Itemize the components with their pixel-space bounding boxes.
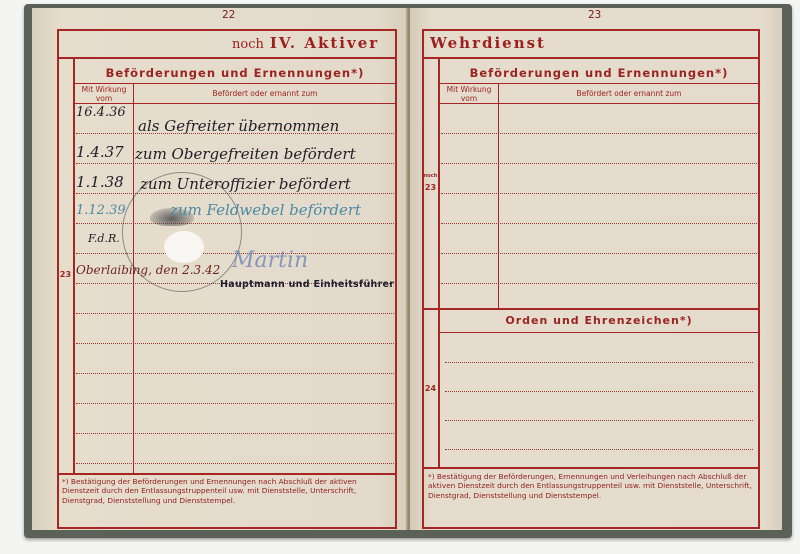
right-side-label: noch [423,173,438,179]
divider [438,103,760,104]
signature: Martin [232,248,308,273]
row-line [76,463,394,464]
entry-text: als Gefreiter übernommen [138,117,339,135]
right-footnote: *) Bestätigung der Beförderungen, Ernenn… [428,472,756,500]
divider [73,83,397,84]
place-date-line: Oberlaibing, den 2.3.42 [76,263,220,277]
orders-section-title: Orden und Ehrenzeichen*) [440,314,758,327]
right-promotion-column-header: Befördert oder ernannt zum [500,89,758,98]
right-page-number: 23 [588,8,601,21]
right-header-divider [422,57,760,59]
left-date-column-header: Mit Wirkungvom [75,85,133,103]
row-line [441,133,757,134]
row-line [76,343,394,344]
col-head-line1: Mit Wirkung [82,85,127,94]
row-line [76,403,394,404]
left-side-number: 23 [58,270,73,279]
row-line [76,313,394,314]
footnote-divider [422,467,760,469]
col-head-line2: vom [96,94,112,103]
footnote-divider [57,473,397,475]
right-page-header: Wehrdienst [430,34,546,52]
row-line [445,420,753,421]
left-promotion-column-header: Befördert oder ernannt zum [135,89,395,98]
date-column-divider [133,83,134,473]
left-footnote: *) Bestätigung der Beförderungen und Ern… [62,477,394,505]
left-section-title: Beförderungen und Ernennungen*) [75,66,395,80]
row-line [76,163,394,164]
right-date-column-header: Mit Wirkungvom [440,85,498,103]
right-side-column-divider [438,57,440,467]
divider [73,103,397,104]
right-section-title: Beförderungen und Ernennungen*) [440,66,758,80]
entry-date: 1.1.38 [76,173,124,191]
row-line [445,391,753,392]
entry-date: F.d.R. [88,232,120,245]
row-line [445,449,753,450]
left-page-number: 22 [222,8,235,21]
row-line [76,193,394,194]
row-line [76,433,394,434]
entry-text: zum Obergefreiten befördert [135,145,356,163]
left-header-divider [57,57,397,59]
date-column-divider [498,83,499,308]
section-divider [422,308,760,310]
header-title: IV. Aktiver [270,34,379,52]
entry-date: 1.12.39 [76,203,126,218]
row-line [441,253,757,254]
entry-text: zum Feldwebel befördert [170,201,361,219]
row-line [441,223,757,224]
left-page-header: nochIV. Aktiver [232,34,379,52]
divider [438,332,760,333]
removed-emblem-area [164,231,204,263]
row-line [441,283,757,284]
left-side-column-divider [73,57,75,473]
row-line [76,373,394,374]
rank-stamp: Hauptmann und Einheitsführer [220,279,394,290]
entry-text: zum Unteroffizier befördert [140,175,351,193]
header-prefix: noch [232,37,264,52]
row-line [445,362,753,363]
entry-date: 1.4.37 [76,143,124,161]
entry-date: 16.4.36 [76,105,126,120]
right-side-number: 23 [423,183,438,192]
col-head-line2: vom [461,94,477,103]
orders-side-number: 24 [423,384,438,393]
col-head-line1: Mit Wirkung [447,85,492,94]
divider [438,83,760,84]
row-line [441,193,757,194]
right-page-frame [422,29,760,529]
row-line [441,163,757,164]
